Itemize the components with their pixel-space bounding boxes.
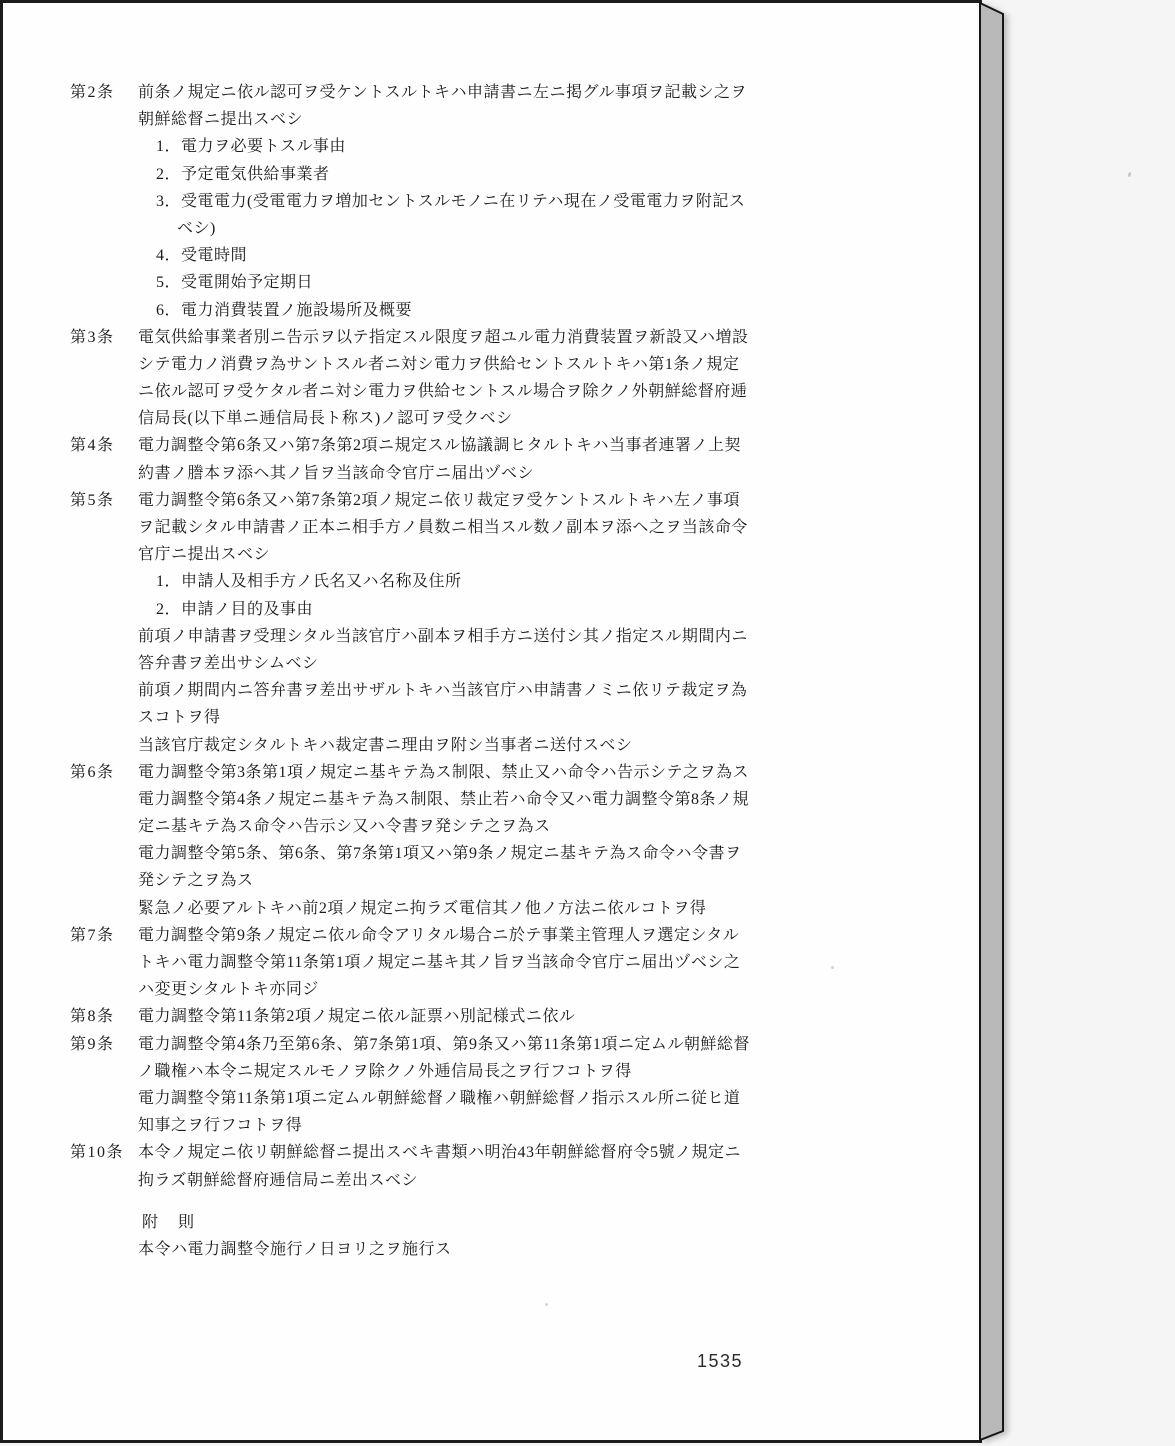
article-line: 1．申請人及相手方ノ氏名又ハ名称及住所	[156, 568, 750, 595]
article-line: 当該官庁裁定シタルトキハ裁定書ニ理由ヲ附シ当事者ニ送付スベシ	[138, 732, 750, 759]
supplementary-provisions: 附 則 本令ハ電力調整令施行ノ日ヨリ之ヲ施行ス	[70, 1209, 750, 1263]
article-line: 4．受電時間	[156, 242, 750, 269]
article-line: 2．申請ノ目的及事由	[156, 596, 750, 623]
article-line: 発シテ之ヲ為ス	[138, 867, 750, 894]
article-line: 答弁書ヲ差出サシムベシ	[138, 650, 750, 677]
article-line: ハ変更シタルトキ亦同ジ	[138, 976, 750, 1003]
article: 第10条本令ノ規定ニ依リ朝鮮総督ニ提出スベキ書類ハ明治43年朝鮮総督府令5號ノ規…	[70, 1139, 750, 1193]
article-line: 定ニ基キテ為ス命令ハ告示シ又ハ令書ヲ発シテ之ヲ為ス	[138, 813, 750, 840]
article-line: 電力調整令第11条第2項ノ規定ニ依ル証票ハ別記様式ニ依ル	[138, 1003, 750, 1030]
article-number: 第6条	[70, 759, 115, 786]
article-line: 電力調整令第11条第1項ニ定ムル朝鮮総督ノ職権ハ朝鮮総督ノ指示スル所ニ従ヒ道	[138, 1085, 750, 1112]
article-line: 2．予定電気供給事業者	[156, 161, 750, 188]
article-line: 5．受電開始予定期日	[156, 269, 750, 296]
article: 第4条電力調整令第6条又ハ第7条第2項ニ規定スル協議調ヒタルトキハ当事者連署ノ上…	[70, 432, 750, 486]
article-line: 知事之ヲ行フコトヲ得	[138, 1112, 750, 1139]
article-line: ベシ)	[177, 215, 750, 242]
article: 第9条電力調整令第4条乃至第6条、第7条第1項、第9条又ハ第11条第1項ニ定ムル…	[70, 1031, 750, 1140]
article-number: 第10条	[70, 1139, 124, 1166]
article-line: ニ依ル認可ヲ受ケタル者ニ対シ電力ヲ供給セントスル場合ヲ除クノ外朝鮮総督府逓	[138, 378, 750, 405]
article-line: 3．受電電力(受電電力ヲ増加セントスルモノニ在リテハ現在ノ受電電力ヲ附記ス	[156, 188, 750, 215]
article: 第5条電力調整令第6条又ハ第7条第2項ノ規定ニ依リ裁定ヲ受ケントスルトキハ左ノ事…	[70, 487, 750, 759]
article-line: 6．電力消費装置ノ施設場所及概要	[156, 297, 750, 324]
scan-speck	[831, 966, 834, 969]
article-line: 前条ノ規定ニ依ル認可ヲ受ケントスルトキハ申請書ニ左ニ掲グル事項ヲ記載シ之ヲ	[138, 79, 750, 106]
article-line: 電力調整令第9条ノ規定ニ依ル命令アリタル場合ニ於テ事業主管理人ヲ選定シタル	[138, 922, 750, 949]
scan-speck	[1127, 172, 1132, 178]
article-number: 第9条	[70, 1031, 115, 1058]
article-number: 第2条	[70, 79, 115, 106]
page-content: 第2条前条ノ規定ニ依ル認可ヲ受ケントスルトキハ申請書ニ左ニ掲グル事項ヲ記載シ之ヲ…	[70, 79, 750, 1263]
scan-speck	[545, 1303, 548, 1306]
article-line: 電力調整令第6条又ハ第7条第2項ニ規定スル協議調ヒタルトキハ当事者連署ノ上契	[138, 432, 750, 459]
page-stack-edge	[979, 0, 1013, 1446]
article: 第3条電気供給事業者別ニ告示ヲ以テ指定スル限度ヲ超ユル電力消費装置ヲ新設又ハ増設…	[70, 324, 750, 433]
supplement-body: 本令ハ電力調整令施行ノ日ヨリ之ヲ施行ス	[138, 1236, 750, 1263]
article: 第7条電力調整令第9条ノ規定ニ依ル命令アリタル場合ニ於テ事業主管理人ヲ選定シタル…	[70, 922, 750, 1004]
article-line: 朝鮮総督ニ提出スベシ	[138, 106, 750, 133]
article-line: 信局長(以下単ニ逓信局長ト称ス)ノ認可ヲ受クベシ	[138, 405, 750, 432]
article: 第8条電力調整令第11条第2項ノ規定ニ依ル証票ハ別記様式ニ依ル	[70, 1003, 750, 1030]
article-line: スコトヲ得	[138, 704, 750, 731]
article-line: ヲ記載シタル申請書ノ正本ニ相手方ノ員数ニ相当スル数ノ副本ヲ添ヘ之ヲ当該命令	[138, 514, 750, 541]
article-number: 第5条	[70, 487, 115, 514]
page-number: 1535	[697, 1351, 743, 1372]
article-line: 電力調整令第6条又ハ第7条第2項ノ規定ニ依リ裁定ヲ受ケントスルトキハ左ノ事項	[138, 487, 750, 514]
article-line: シテ電力ノ消費ヲ為サントスル者ニ対シ電力ヲ供給セントスルトキハ第1条ノ規定	[138, 351, 750, 378]
articles-list: 第2条前条ノ規定ニ依ル認可ヲ受ケントスルトキハ申請書ニ左ニ掲グル事項ヲ記載シ之ヲ…	[70, 79, 750, 1194]
article-line: 前項ノ期間内ニ答弁書ヲ差出サザルトキハ当該官庁ハ申請書ノミニ依リテ裁定ヲ為	[138, 677, 750, 704]
article-line: 本令ノ規定ニ依リ朝鮮総督ニ提出スベキ書類ハ明治43年朝鮮総督府令5號ノ規定ニ	[138, 1139, 750, 1166]
article-number: 第4条	[70, 432, 115, 459]
article-line: 電力調整令第3条第1項ノ規定ニ基キテ為ス制限、禁止又ハ命令ハ告示シテ之ヲ為ス	[138, 759, 750, 786]
article-number: 第3条	[70, 324, 115, 351]
article: 第6条電力調整令第3条第1項ノ規定ニ基キテ為ス制限、禁止又ハ命令ハ告示シテ之ヲ為…	[70, 759, 750, 922]
article-line: 官庁ニ提出スベシ	[138, 541, 750, 568]
article-line: ノ職権ハ本令ニ規定スルモノヲ除クノ外逓信局長之ヲ行フコトヲ得	[138, 1058, 750, 1085]
article-line: 電力調整令第4条ノ規定ニ基キテ為ス制限、禁止若ハ命令又ハ電力調整令第8条ノ規	[138, 786, 750, 813]
article-line: 緊急ノ必要アルトキハ前2項ノ規定ニ拘ラズ電信其ノ他ノ方法ニ依ルコトヲ得	[138, 895, 750, 922]
article-line: 電力調整令第4条乃至第6条、第7条第1項、第9条又ハ第11条第1項ニ定ムル朝鮮総…	[138, 1031, 750, 1058]
article-line: 拘ラズ朝鮮総督府逓信局ニ差出スベシ	[138, 1167, 750, 1194]
article-line: 前項ノ申請書ヲ受理シタル当該官庁ハ副本ヲ相手方ニ送付シ其ノ指定スル期間内ニ	[138, 623, 750, 650]
document-page: 第2条前条ノ規定ニ依ル認可ヲ受ケントスルトキハ申請書ニ左ニ掲グル事項ヲ記載シ之ヲ…	[0, 0, 982, 1443]
supplement-title: 附 則	[142, 1209, 750, 1236]
article-line: 1．電力ヲ必要トスル事由	[156, 133, 750, 160]
article-line: 電気供給事業者別ニ告示ヲ以テ指定スル限度ヲ超ユル電力消費装置ヲ新設又ハ増設	[138, 324, 750, 351]
article: 第2条前条ノ規定ニ依ル認可ヲ受ケントスルトキハ申請書ニ左ニ掲グル事項ヲ記載シ之ヲ…	[70, 79, 750, 324]
article-number: 第8条	[70, 1003, 115, 1030]
article-line: 電力調整令第5条、第6条、第7条第1項又ハ第9条ノ規定ニ基キテ為ス命令ハ令書ヲ	[138, 840, 750, 867]
scanned-document: 第2条前条ノ規定ニ依ル認可ヲ受ケントスルトキハ申請書ニ左ニ掲グル事項ヲ記載シ之ヲ…	[0, 0, 1175, 1446]
article-number: 第7条	[70, 922, 115, 949]
article-line: トキハ電力調整令第11条第1項ノ規定ニ基キ其ノ旨ヲ当該命令官庁ニ届出ヅベシ之	[138, 949, 750, 976]
article-line: 約書ノ謄本ヲ添ヘ其ノ旨ヲ当該命令官庁ニ届出ヅベシ	[138, 460, 750, 487]
